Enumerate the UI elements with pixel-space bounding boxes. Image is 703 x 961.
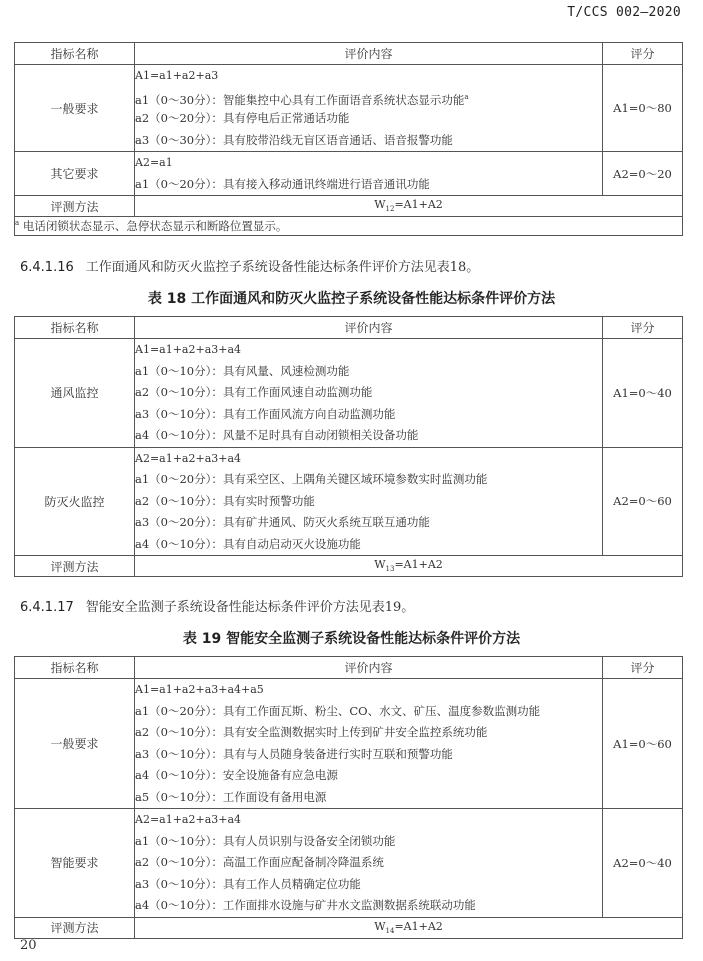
table-row: 一般要求 A1=a1+a2+a3+a4+a5 a1（0～20分）：具有工作面瓦斯… [15,679,683,809]
indicator-name: 一般要求 [15,679,135,809]
indicator-name: 智能要求 [15,809,135,918]
criterion: a3（0～20分）：具有矿井通风、防灭火系统互联互通功能 [135,512,602,534]
criterion: a1（0～20分）：具有采空区、上隅角关键区域环境参数实时监测功能 [135,469,602,491]
header-score: 评分 [603,317,683,339]
evaluation-content: A2=a1+a2+a3+a4 a1（0～20分）：具有采空区、上隅角关键区域环境… [135,447,603,556]
criterion: a3（0～10分）：具有工作面风流方向自动监测功能 [135,404,602,426]
indicator-name: 其它要求 [15,152,135,196]
criterion: a1（0～20分）：具有接入移动通讯终端进行语音通讯功能 [135,174,602,196]
criterion: a2（0～10分）：高温工作面应配备制冷降温系统 [135,852,602,874]
table-18: 指标名称 评价内容 评分 通风监控 A1=a1+a2+a3+a4 a1（0～10… [14,316,683,577]
page-number: 20 [20,938,37,953]
header-score: 评分 [603,657,683,679]
criterion: a2（0～20分）：具有停电后正常通话功能 [135,108,602,130]
criterion: a3（0～10分）：具有工作人员精确定位功能 [135,874,602,896]
criterion: a1（0～10分）：具有风量、风速检测功能 [135,361,602,383]
table-18-caption: 表 18 工作面通风和防灭火监控子系统设备性能达标条件评价方法 [0,288,703,308]
table-header-row: 指标名称 评价内容 评分 [15,43,683,65]
evaluation-content: A1=a1+a2+a3+a4+a5 a1（0～20分）：具有工作面瓦斯、粉尘、C… [135,679,603,809]
score-range: A2=0～60 [603,447,683,556]
evaluation-content: A2=a1+a2+a3+a4 a1（0～10分）：具有人员识别与设备安全闭锁功能… [135,809,603,918]
table-19: 指标名称 评价内容 评分 一般要求 A1=a1+a2+a3+a4+a5 a1（0… [14,656,683,939]
method-formula: W12=A1+A2 [135,196,683,217]
method-formula: W14=A1+A2 [135,917,683,938]
score-range: A1=0～80 [603,65,683,152]
criterion: a2（0～10分）：具有安全监测数据实时上传到矿井安全监控系统功能 [135,722,602,744]
header-content: 评价内容 [135,657,603,679]
criterion: a3（0～10分）：具有与人员随身装备进行实时互联和预警功能 [135,744,602,766]
table-header-row: 指标名称 评价内容 评分 [15,317,683,339]
method-formula: W13=A1+A2 [135,556,683,577]
criterion: a4（0～10分）：风量不足时具有自动闭锁相关设备功能 [135,425,602,447]
formula: A1=a1+a2+a3+a4 [135,339,602,361]
clause-6-4-1-17: 6.4.1.17智能安全监测子系统设备性能达标条件评价方法见表19。 [20,596,414,615]
table-17-continued: 指标名称 评价内容 评分 一般要求 A1=a1+a2+a3 a1（0～30分）：… [14,42,683,236]
evaluation-content: A1=a1+a2+a3+a4 a1（0～10分）：具有风量、风速检测功能 a2（… [135,339,603,448]
method-row: 评测方法 W13=A1+A2 [15,556,683,577]
footnote-mark: a [464,93,468,101]
score-range: A2=0～40 [603,809,683,918]
formula: A1=a1+a2+a3+a4+a5 [135,679,602,701]
criterion: a1（0～10分）：具有人员识别与设备安全闭锁功能 [135,831,602,853]
header-indicator: 指标名称 [15,43,135,65]
indicator-name: 一般要求 [15,65,135,152]
evaluation-content: A2=a1 a1（0～20分）：具有接入移动通讯终端进行语音通讯功能 [135,152,603,196]
criterion: a3（0～30分）：具有胶带沿线无盲区语音通话、语音报警功能 [135,130,602,152]
score-range: A2=0～20 [603,152,683,196]
table-row: 通风监控 A1=a1+a2+a3+a4 a1（0～10分）：具有风量、风速检测功… [15,339,683,448]
criterion: a5（0～10分）：工作面设有备用电源 [135,787,602,809]
header-indicator: 指标名称 [15,317,135,339]
criterion: a4（0～10分）：安全设施备有应急电源 [135,765,602,787]
criterion: a4（0～10分）：工作面排水设施与矿井水文监测数据系统联动功能 [135,895,602,917]
clause-6-4-1-16: 6.4.1.16工作面通风和防灭火监控子系统设备性能达标条件评价方法见表18。 [20,256,479,275]
table-row: 其它要求 A2=a1 a1（0～20分）：具有接入移动通讯终端进行语音通讯功能 … [15,152,683,196]
indicator-name: 防灭火监控 [15,447,135,556]
header-indicator: 指标名称 [15,657,135,679]
criterion: a1（0～30分）：智能集控中心具有工作面语音系统状态显示功能a [135,87,602,109]
table-row: 防灭火监控 A2=a1+a2+a3+a4 a1（0～20分）：具有采空区、上隅角… [15,447,683,556]
score-range: A1=0～40 [603,339,683,448]
table-header-row: 指标名称 评价内容 评分 [15,657,683,679]
formula: A1=a1+a2+a3 [135,65,602,87]
score-range: A1=0～60 [603,679,683,809]
footnote-row: a 电话闭锁状态显示、急停状态显示和断路位置显示。 [15,217,683,236]
clause-number: 6.4.1.17 [20,600,74,615]
method-label: 评测方法 [15,917,135,938]
table-row: 智能要求 A2=a1+a2+a3+a4 a1（0～10分）：具有人员识别与设备安… [15,809,683,918]
header-score: 评分 [603,43,683,65]
criterion: a2（0～10分）：具有实时预警功能 [135,491,602,513]
formula: A2=a1 [135,152,602,174]
clause-text: 工作面通风和防灭火监控子系统设备性能达标条件评价方法见表18。 [86,260,480,275]
formula: A2=a1+a2+a3+a4 [135,809,602,831]
standard-code: T/CCS 002—2020 [567,5,681,20]
criterion: a1（0～20分）：具有工作面瓦斯、粉尘、CO、水文、矿压、温度参数监测功能 [135,701,602,723]
table-row: 一般要求 A1=a1+a2+a3 a1（0～30分）：智能集控中心具有工作面语音… [15,65,683,152]
clause-number: 6.4.1.16 [20,260,74,275]
table-footnote: a 电话闭锁状态显示、急停状态显示和断路位置显示。 [15,217,683,236]
criterion: a2（0～10分）：具有工作面风速自动监测功能 [135,382,602,404]
method-label: 评测方法 [15,556,135,577]
evaluation-content: A1=a1+a2+a3 a1（0～30分）：智能集控中心具有工作面语音系统状态显… [135,65,603,152]
header-content: 评价内容 [135,317,603,339]
method-row: 评测方法 W14=A1+A2 [15,917,683,938]
formula: A2=a1+a2+a3+a4 [135,448,602,470]
clause-text: 智能安全监测子系统设备性能达标条件评价方法见表19。 [86,600,415,615]
table-19-caption: 表 19 智能安全监测子系统设备性能达标条件评价方法 [0,628,703,648]
header-content: 评价内容 [135,43,603,65]
criterion: a4（0～10分）：具有自动启动灭火设施功能 [135,534,602,556]
indicator-name: 通风监控 [15,339,135,448]
method-row: 评测方法 W12=A1+A2 [15,196,683,217]
method-label: 评测方法 [15,196,135,217]
